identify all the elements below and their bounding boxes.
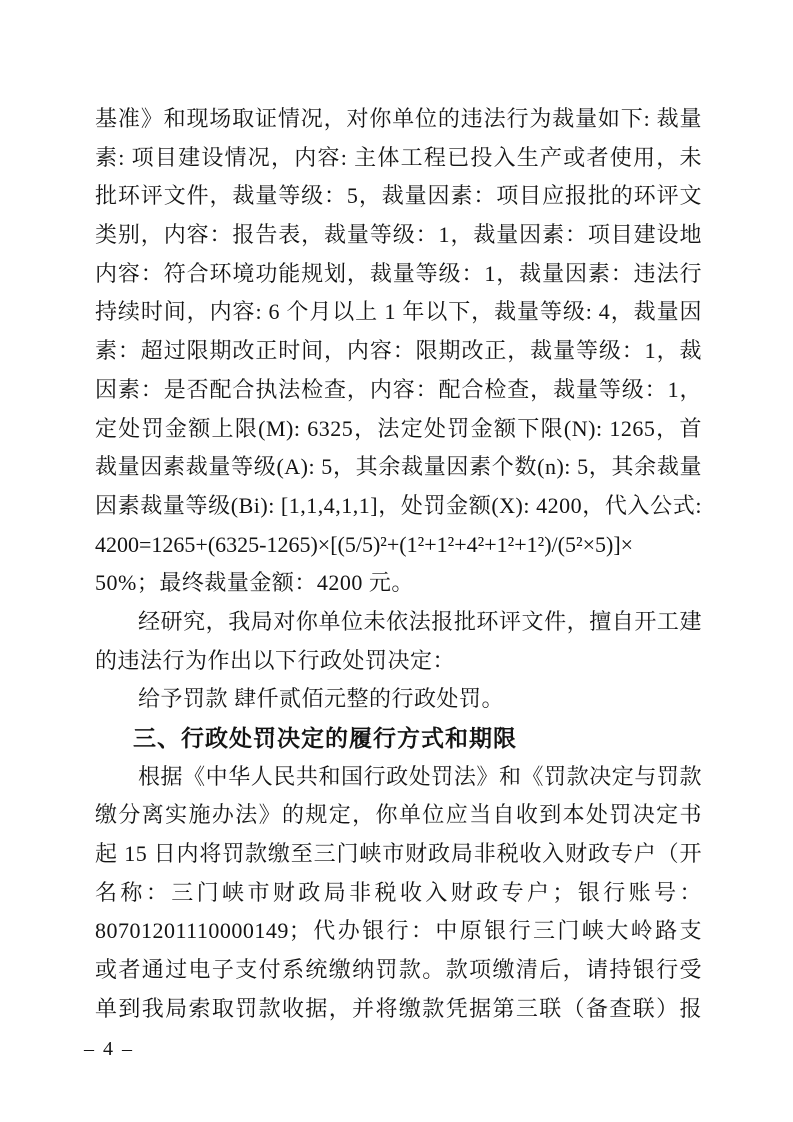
text-line: 批环评文件，裁量等级：5，裁量因素：项目应报批的环评文件 <box>95 177 702 216</box>
text-line: 裁量因素裁量等级(A): 5，其余裁量因素个数(n): 5，其余裁量 <box>95 448 702 487</box>
penalty-amount-line: 给予罚款 肆仟贰佰元整的行政处罚。 <box>95 680 702 719</box>
text-line: 单到我局索取罚款收据，并将缴款凭据第三联（备查联）报送我 <box>95 990 702 1029</box>
page-number: – 4 – <box>84 1033 134 1065</box>
text-line: 因素裁量等级(Bi): [1,1,4,1,1]，处罚金额(X): 4200，代入… <box>95 487 702 526</box>
text-line: 根据《中华人民共和国行政处罚法》和《罚款决定与罚款收 <box>95 758 702 797</box>
penalty-formula-line: 4200=1265+(6325-1265)×[(5/5)²+(1²+1²+4²+… <box>95 526 702 565</box>
text-line: 持续时间，内容: 6 个月以上 1 年以下，裁量等级: 4，裁量因 <box>95 293 702 332</box>
text-line: 名称：三门峡市财政局非税收入财政专户；银行账号： <box>95 874 702 913</box>
document-body: 基准》和现场取证情况，对你单位的违法行为裁量如下: 裁量因 素: 项目建设情况，… <box>95 100 702 1029</box>
text-line: 素: 项目建设情况，内容: 主体工程已投入生产或者使用，未报 <box>95 139 702 178</box>
bank-account-line: 80701201110000149；代办银行：中原银行三门峡大岭路支行） <box>95 912 702 951</box>
text-line: 或者通过电子支付系统缴纳罚款。款项缴清后，请持银行受理回 <box>95 951 702 990</box>
text-line: 50%；最终裁量金额：4200 元。 <box>95 564 702 603</box>
text-line: 缴分离实施办法》的规定，你单位应当自收到本处罚决定书之日 <box>95 796 702 835</box>
document-page: 基准》和现场取证情况，对你单位的违法行为裁量如下: 裁量因 素: 项目建设情况，… <box>0 0 793 1122</box>
section-heading: 三、行政处罚决定的履行方式和期限 <box>95 719 702 758</box>
text-line: 的违法行为作出以下行政处罚决定： <box>95 642 702 681</box>
text-line: 基准》和现场取证情况，对你单位的违法行为裁量如下: 裁量因 <box>95 100 702 139</box>
text-line: 因素：是否配合执法检查，内容：配合检查，裁量等级：1，法 <box>95 371 702 410</box>
text-line: 素：超过限期改正时间，内容：限期改正，裁量等级：1，裁量 <box>95 332 702 371</box>
text-line: 内容：符合环境功能规划，裁量等级：1，裁量因素：违法行为 <box>95 255 702 294</box>
text-line: 定处罚金额上限(M): 6325，法定处罚金额下限(N): 1265，首要 <box>95 410 702 449</box>
text-line: 类别，内容：报告表，裁量等级：1，裁量因素：项目建设地点， <box>95 216 702 255</box>
text-line: 经研究，我局对你单位未依法报批环评文件，擅自开工建设 <box>95 603 702 642</box>
text-line: 起 15 日内将罚款缴至三门峡市财政局非税收入财政专户（开户 <box>95 835 702 874</box>
